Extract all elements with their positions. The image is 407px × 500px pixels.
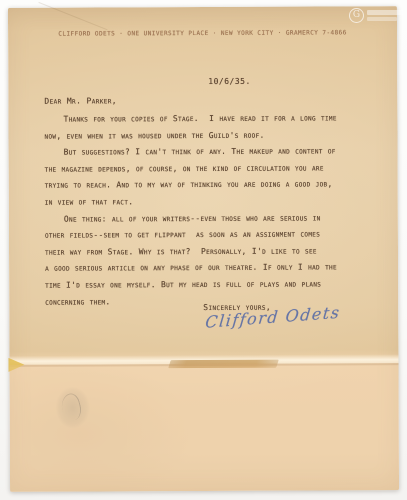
auction-watermark: G <box>349 5 405 25</box>
body-line: a good serious article on any phase of o… <box>45 260 375 278</box>
watermark-bar <box>367 17 397 21</box>
watermark-text-block <box>367 10 403 21</box>
pencil-smudge <box>50 379 96 435</box>
body-line: other fields--seem to get flippant as so… <box>45 226 375 244</box>
body-line: their way from Stage. Why is that? Perso… <box>45 243 375 261</box>
letter-body: Thanks for your copies of Stage. I have … <box>44 110 375 311</box>
letter-photo: CLIFFORD ODETS · ONE UNIVERSITY PLACE · … <box>0 0 407 500</box>
watermark-bar <box>367 10 403 15</box>
letter-paper: CLIFFORD ODETS · ONE UNIVERSITY PLACE · … <box>8 6 399 492</box>
pencil-squiggle <box>58 392 83 423</box>
salutation: Dear Mr. Parker, <box>44 96 117 105</box>
date-line: 10/6/35. <box>208 77 251 86</box>
body-line: the magazine depends, of course, on the … <box>45 160 375 178</box>
body-line: in view of that fact. <box>45 193 375 211</box>
body-line: One thing: all of your writers--even tho… <box>45 210 375 228</box>
paper-crease <box>38 2 107 30</box>
body-line: now, even when it was housed under the G… <box>44 127 374 145</box>
body-line: time I'd essay one myself. But my head i… <box>45 276 375 294</box>
letterhead: CLIFFORD ODETS · ONE UNIVERSITY PLACE · … <box>8 29 397 38</box>
body-line: Thanks for your copies of Stage. I have … <box>44 110 374 128</box>
body-line: trying to reach. And to my way of thinki… <box>45 177 375 195</box>
watermark-g-icon: G <box>349 8 364 23</box>
body-line: But suggestions? I can't think of any. T… <box>45 143 375 161</box>
